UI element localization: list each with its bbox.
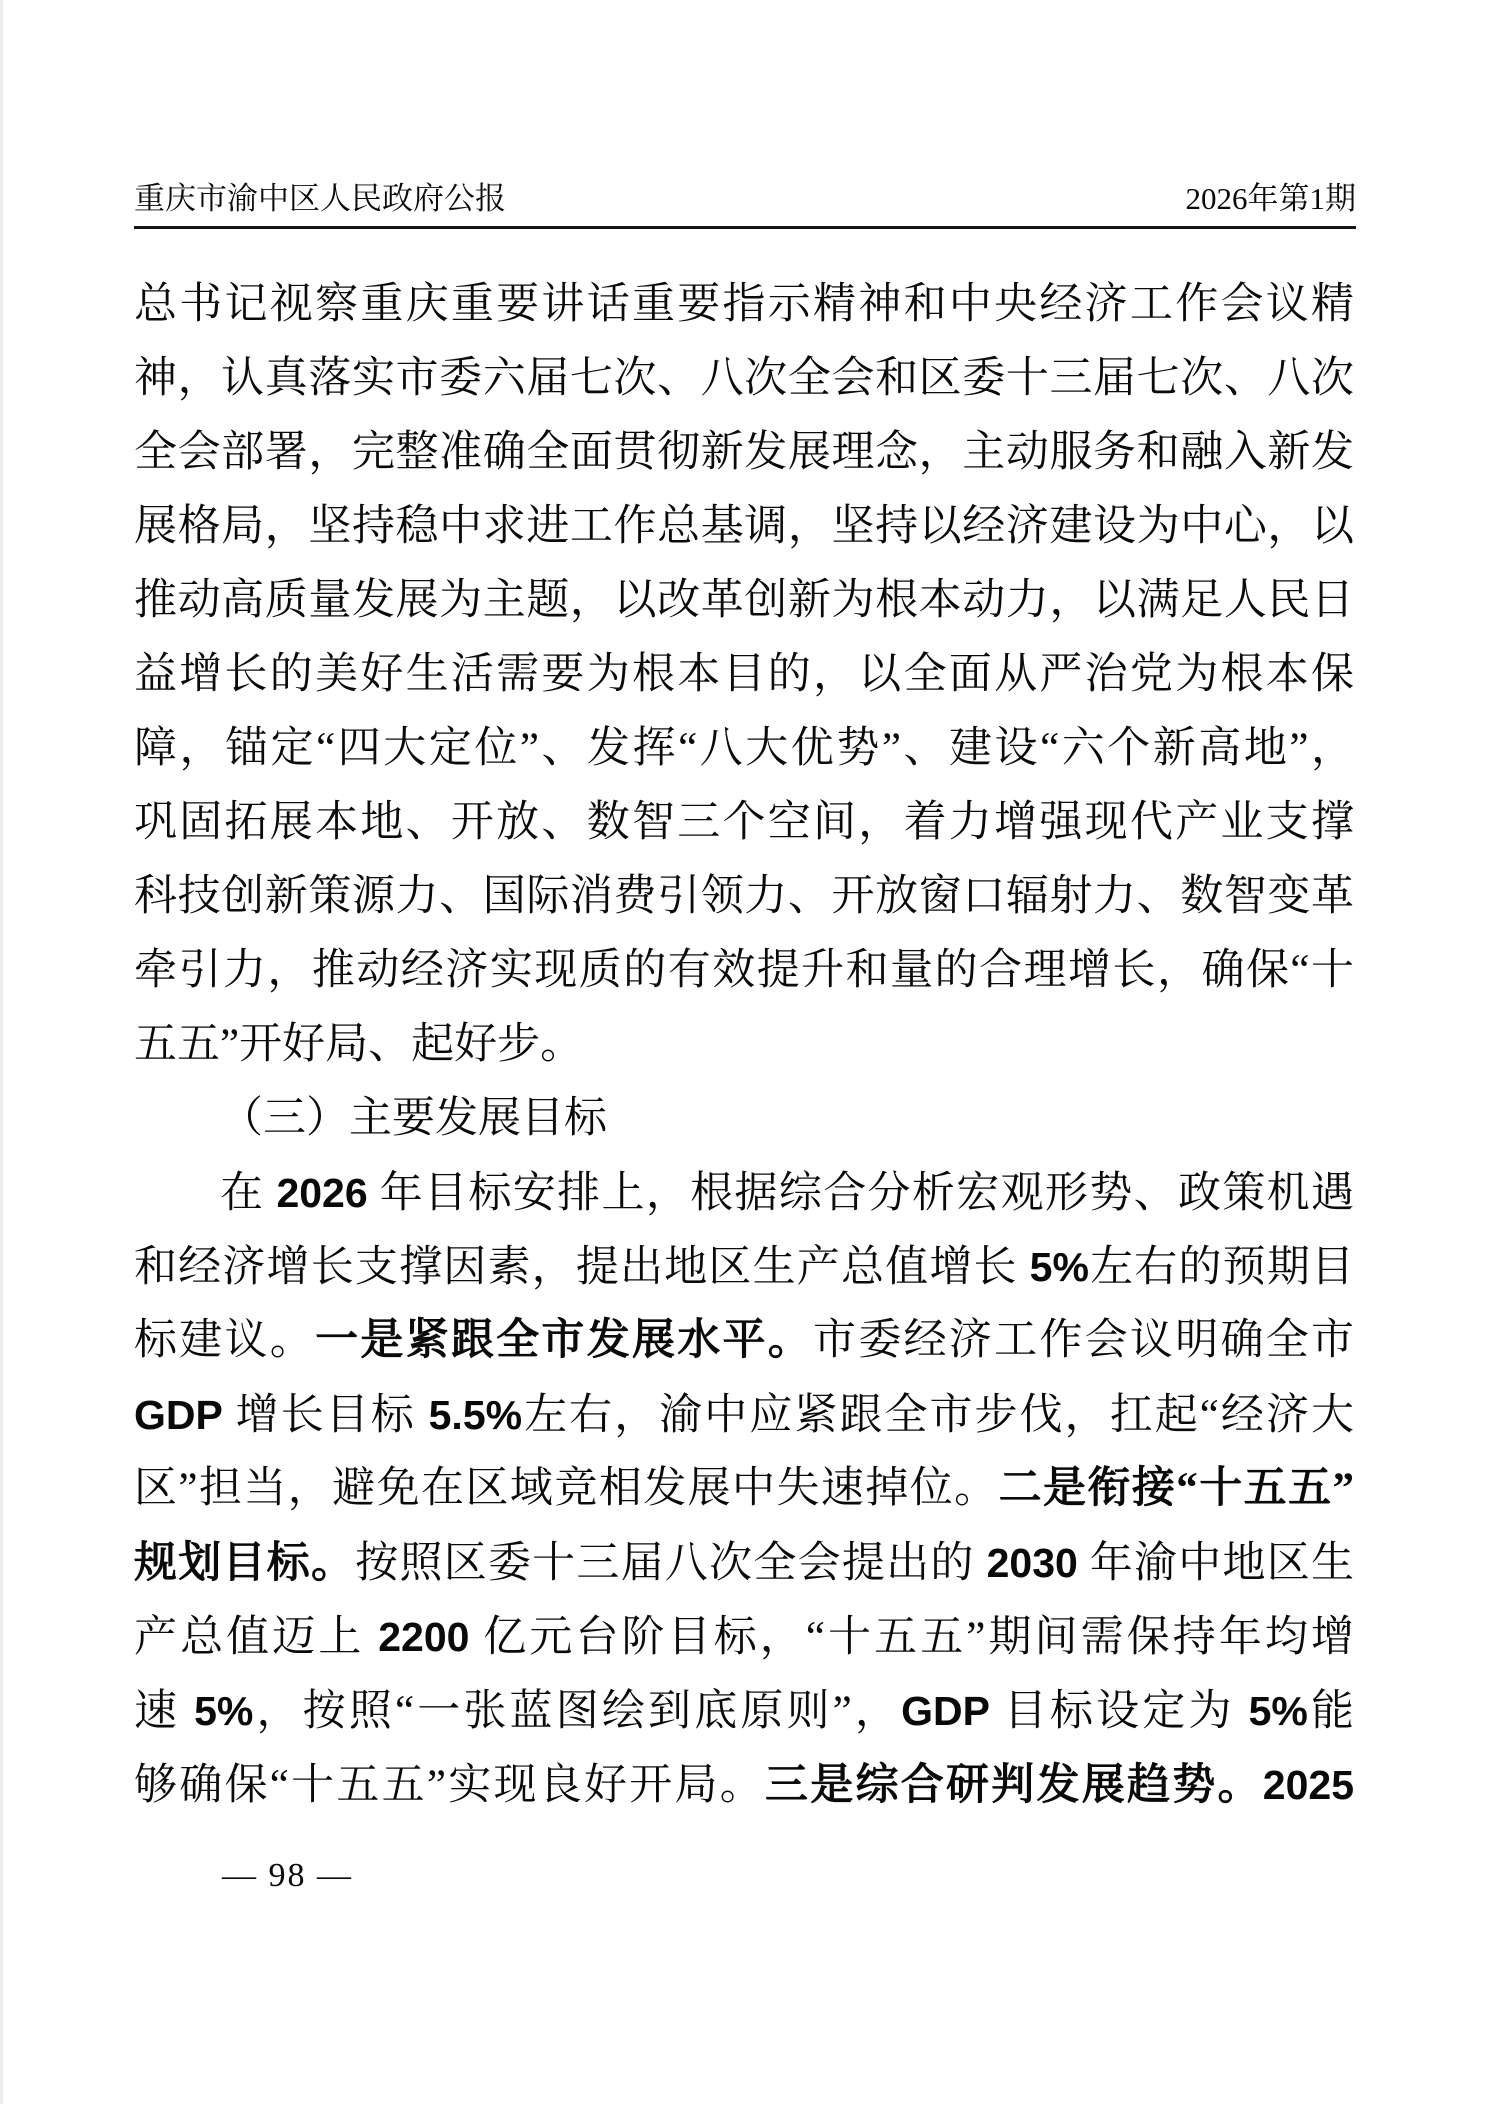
header-issue-label: 2026年第1期 bbox=[1186, 180, 1357, 218]
body-line: 展格局，坚持稳中求进工作总基调，坚持以经济建设为中心，以 bbox=[134, 490, 1354, 564]
body-text: 五五”开好局、起好步。 bbox=[134, 1021, 583, 1068]
body-line: 在 2026 年目标安排上，根据综合分析宏观形势、政策机遇 bbox=[134, 1156, 1354, 1230]
body-line: 五五”开好局、起好步。 bbox=[134, 1008, 1354, 1082]
body-line: 科技创新策源力、国际消费引领力、开放窗口辐射力、数智变革 bbox=[134, 860, 1354, 934]
emphasis-text: 二是衔接“十五五” bbox=[999, 1465, 1354, 1512]
body-text: 年渝中地区生 bbox=[1078, 1540, 1354, 1587]
body-text: 能 bbox=[1308, 1688, 1354, 1735]
header-publication-title: 重庆市渝中区人民政府公报 bbox=[134, 180, 506, 218]
body-text: 牵引力，推动经济实现质的有效提升和量的合理增长，确保“十 bbox=[134, 947, 1354, 994]
body-text: 巩固拓展本地、开放、数智三个空间，着力增强现代产业支撑力、 bbox=[134, 799, 1354, 860]
body-line: 总书记视察重庆重要讲话重要指示精神和中央经济工作会议精 bbox=[134, 268, 1354, 342]
body-text: 推动高质量发展为主题，以改革创新为根本动力，以满足人民日 bbox=[134, 577, 1354, 624]
body-text: 亿元台阶目标，“十五五”期间需保持年均增 bbox=[469, 1614, 1354, 1661]
body-text: 展格局，坚持稳中求进工作总基调，坚持以经济建设为中心，以 bbox=[134, 503, 1354, 550]
body-line: 和经济增长支撑因素，提出地区生产总值增长 5%左右的预期目 bbox=[134, 1230, 1354, 1304]
numeric-text: 5.5% bbox=[429, 1392, 522, 1438]
body-line: 标建议。一是紧跟全市发展水平。市委经济工作会议明确全市 bbox=[134, 1304, 1354, 1378]
body-text: 神，认真落实市委六届七次、八次全会和区委十三届七次、八次 bbox=[134, 355, 1354, 402]
gazette-page: 重庆市渝中区人民政府公报 2026年第1期 总书记视察重庆重要讲话重要指示精神和… bbox=[0, 0, 1488, 2104]
body-line: （三）主要发展目标 bbox=[134, 1082, 1354, 1156]
numeric-text: 5% bbox=[1030, 1244, 1089, 1290]
numeric-text: 5% bbox=[1249, 1688, 1308, 1734]
numeric-text: 2030 bbox=[987, 1540, 1078, 1586]
body-text: 增长目标 bbox=[223, 1392, 429, 1439]
body-line: 产总值迈上 2200 亿元台阶目标，“十五五”期间需保持年均增 bbox=[134, 1600, 1354, 1674]
body-text: 标建议。 bbox=[134, 1317, 315, 1364]
header-rule bbox=[134, 226, 1356, 229]
body-text: 和经济增长支撑因素，提出地区生产总值增长 bbox=[134, 1244, 1030, 1291]
body-line: 够确保“十五五”实现良好开局。三是综合研判发展趋势。2025 bbox=[134, 1748, 1354, 1822]
numeric-text: 2200 bbox=[378, 1614, 469, 1660]
numeric-text: GDP bbox=[901, 1688, 990, 1734]
body-line: 规划目标。按照区委十三届八次全会提出的 2030 年渝中地区生 bbox=[134, 1526, 1354, 1600]
body-line: 速 5%，按照“一张蓝图绘到底原则”，GDP 目标设定为 5%能 bbox=[134, 1674, 1354, 1748]
body-line: 区”担当，避免在区域竞相发展中失速掉位。二是衔接“十五五” bbox=[134, 1452, 1354, 1526]
page-header: 重庆市渝中区人民政府公报 2026年第1期 bbox=[134, 180, 1356, 218]
numeric-text: 2026 bbox=[276, 1170, 367, 1216]
body-line: 障，锚定“四大定位”、发挥“八大优势”、建设“六个新高地”， bbox=[134, 712, 1354, 786]
body-text: 速 bbox=[134, 1688, 194, 1735]
document-body: 总书记视察重庆重要讲话重要指示精神和中央经济工作会议精神，认真落实市委六届七次、… bbox=[134, 268, 1354, 1822]
body-text: 市委经济工作会议明确全市 bbox=[813, 1317, 1354, 1364]
scan-edge-artifact bbox=[0, 0, 3, 2104]
body-text: 左右的预期目 bbox=[1089, 1244, 1354, 1291]
body-line: 全会部署，完整准确全面贯彻新发展理念，主动服务和融入新发 bbox=[134, 416, 1354, 490]
body-text: 益增长的美好生活需要为根本目的，以全面从严治党为根本保 bbox=[134, 651, 1354, 698]
body-text: 在 bbox=[220, 1170, 276, 1217]
body-line: GDP 增长目标 5.5%左右，渝中应紧跟全市步伐，扛起“经济大 bbox=[134, 1378, 1354, 1452]
body-line: 巩固拓展本地、开放、数智三个空间，着力增强现代产业支撑力、 bbox=[134, 786, 1354, 860]
page-number: — 98 — bbox=[222, 1854, 353, 1898]
body-text: （三）主要发展目标 bbox=[220, 1095, 607, 1142]
body-text: 区”担当，避免在区域竞相发展中失速掉位。 bbox=[134, 1465, 999, 1512]
body-line: 益增长的美好生活需要为根本目的，以全面从严治党为根本保 bbox=[134, 638, 1354, 712]
body-text: 产总值迈上 bbox=[134, 1614, 378, 1661]
body-text: 年目标安排上，根据综合分析宏观形势、政策机遇 bbox=[368, 1170, 1354, 1217]
numeric-text: GDP bbox=[134, 1392, 223, 1438]
body-text: 全会部署，完整准确全面贯彻新发展理念，主动服务和融入新发 bbox=[134, 429, 1354, 476]
emphasis-text: 2025 bbox=[1263, 1762, 1354, 1808]
body-text: 按照区委十三届八次全会提出的 bbox=[355, 1540, 986, 1587]
body-text: 左右，渝中应紧跟全市步伐，扛起“经济大 bbox=[522, 1392, 1354, 1439]
emphasis-text: 三是综合研判发展趋势。 bbox=[765, 1762, 1263, 1809]
emphasis-text: 规划目标。 bbox=[134, 1540, 355, 1587]
body-line: 神，认真落实市委六届七次、八次全会和区委十三届七次、八次 bbox=[134, 342, 1354, 416]
body-text: 目标设定为 bbox=[990, 1688, 1249, 1735]
body-text: 够确保“十五五”实现良好开局。 bbox=[134, 1762, 765, 1809]
numeric-text: 5% bbox=[194, 1688, 253, 1734]
body-text: ，按照“一张蓝图绘到底原则”， bbox=[253, 1688, 901, 1735]
body-line: 推动高质量发展为主题，以改革创新为根本动力，以满足人民日 bbox=[134, 564, 1354, 638]
body-text: 科技创新策源力、国际消费引领力、开放窗口辐射力、数智变革 bbox=[134, 873, 1354, 920]
body-text: 总书记视察重庆重要讲话重要指示精神和中央经济工作会议精 bbox=[134, 281, 1354, 328]
body-line: 牵引力，推动经济实现质的有效提升和量的合理增长，确保“十 bbox=[134, 934, 1354, 1008]
emphasis-text: 一是紧跟全市发展水平。 bbox=[315, 1317, 813, 1364]
body-text: 障，锚定“四大定位”、发挥“八大优势”、建设“六个新高地”， bbox=[134, 725, 1354, 772]
